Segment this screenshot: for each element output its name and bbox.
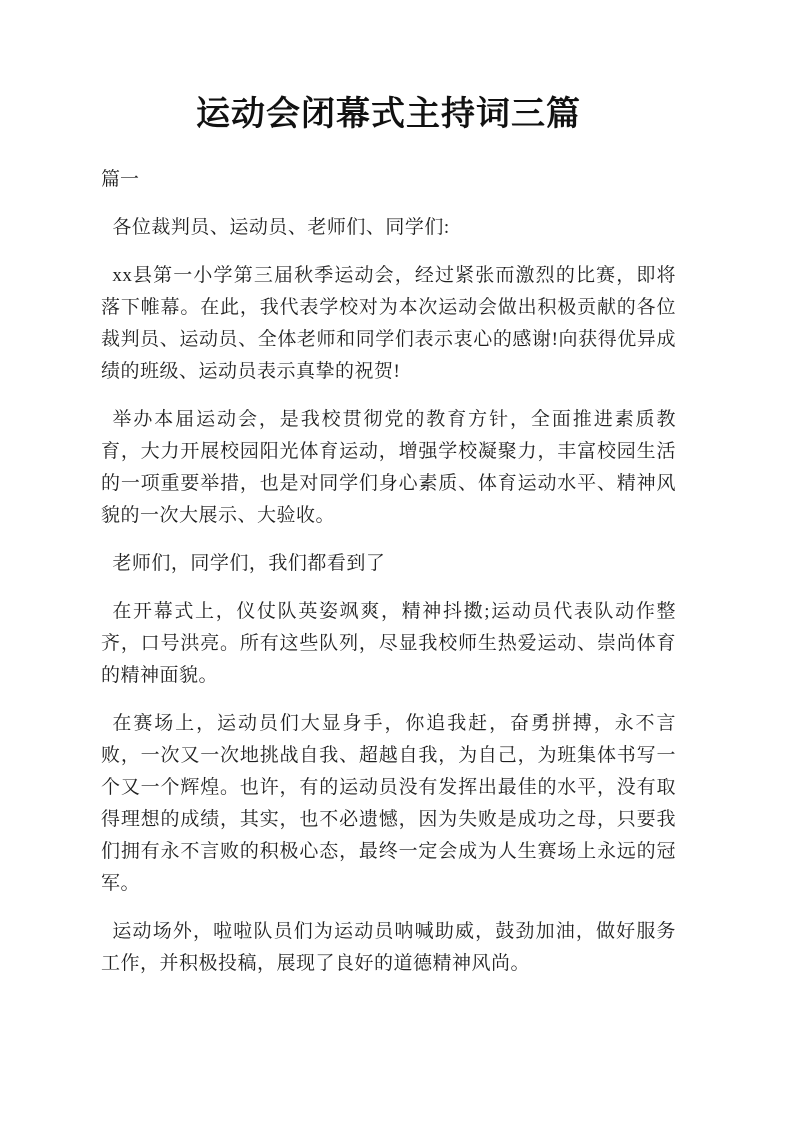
document-title: 运动会闭幕式主持词三篇 (101, 92, 676, 138)
document-page: 运动会闭幕式主持词三篇 篇一 各位裁判员、运动员、老师们、同学们: xx县第一小… (0, 0, 793, 1122)
section-label: 篇一 (101, 164, 676, 196)
paragraph-cheerleaders: 运动场外，啦啦队员们为运动员呐喊助威，鼓劲加油，做好服务工作，并积极投稿，展现了… (101, 916, 676, 980)
paragraph-purpose: 举办本届运动会，是我校贯彻党的教育方针，全面推进素质教育，大力开展校园阳光体育运… (101, 404, 676, 532)
paragraph-transition: 老师们，同学们，我们都看到了 (101, 548, 676, 580)
paragraph-salutation: 各位裁判员、运动员、老师们、同学们: (101, 212, 676, 244)
paragraph-opening-ceremony: 在开幕式上，仪仗队英姿飒爽，精神抖擞;运动员代表队动作整齐，口号洪亮。所有这些队… (101, 596, 676, 692)
paragraph-athletes: 在赛场上，运动员们大显身手，你追我赶，奋勇拼搏，永不言败，一次又一次地挑战自我、… (101, 708, 676, 900)
paragraph-opening-thanks: xx县第一小学第三届秋季运动会，经过紧张而激烈的比赛，即将落下帷幕。在此，我代表… (101, 260, 676, 388)
